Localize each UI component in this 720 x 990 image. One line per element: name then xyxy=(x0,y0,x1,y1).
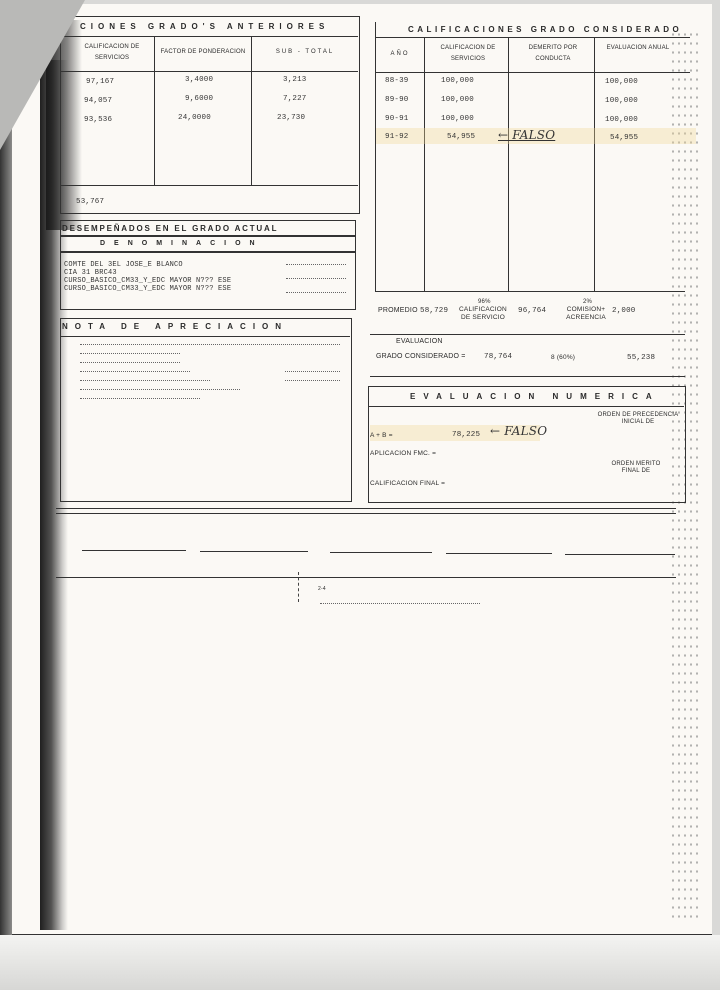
handwritten-falso-annotation: ← FALSO xyxy=(498,128,555,142)
list-item: COMTE DEL 3EL JOSE_E BLANCO xyxy=(64,261,183,269)
calificacion-final-label: CALIFICACION FINAL = xyxy=(370,480,445,487)
a-plus-b-label: A + B = xyxy=(370,432,393,439)
list-item: CURSO_BASICO_CM33_Y_EDC MAYOR N??? ESE xyxy=(64,277,231,285)
a-plus-b-value: 78,225 xyxy=(452,431,480,439)
appreciation-title: NOTA DE APRECIACION xyxy=(62,322,288,331)
promedio-value: 58,729 xyxy=(420,307,448,315)
grado-considerado-value: 78,764 xyxy=(484,353,512,361)
signature-line xyxy=(330,552,432,553)
aplicacion-fmc-label: APLICACION FMC. = xyxy=(370,450,436,457)
previous-grades-total: 53,767 xyxy=(76,198,104,206)
col-evaluacion-anual: EVALUACION ANUAL xyxy=(606,43,670,54)
page-fold-corner xyxy=(0,0,85,150)
calif-pct: 96% xyxy=(478,299,491,305)
signature-line xyxy=(82,550,186,551)
col-ano: AÑO xyxy=(376,49,424,60)
comision-label: COMISION+ ACREENCIA xyxy=(562,306,610,322)
col-calificacion: CALIFICACION DE SERVICIOS xyxy=(436,43,500,65)
positions-subtitle: DENOMINACION xyxy=(100,240,264,247)
previous-grades-title: CIONES GRADO'S ANTERIORES xyxy=(80,22,329,31)
calif-label: CALIFICACION DE SERVICIO xyxy=(455,306,511,322)
signature-line xyxy=(200,551,308,552)
orden-merito-label: ORDEN MERITO FINAL DE xyxy=(604,461,668,475)
factor-label: 8 (60%) xyxy=(551,354,575,361)
col-sub-total: SUB - TOTAL xyxy=(253,47,357,58)
evaluacion-label: EVALUACION xyxy=(396,338,443,345)
orden-precedencia-label: ORDEN DE PRECEDENCIA INICIAL DE xyxy=(594,412,682,426)
promedio-label: PROMEDIO xyxy=(378,307,418,314)
positions-title: DESEMPEÑADOS EN EL GRADO ACTUAL xyxy=(62,224,278,233)
list-item: CURSO_BASICO_CM33_Y_EDC MAYOR N??? ESE xyxy=(64,285,231,293)
list-item: CIA 31 BRC43 xyxy=(64,269,117,277)
scan-background xyxy=(0,935,720,990)
signature-line xyxy=(446,553,552,554)
grado-considerado-label: GRADO CONSIDERADO = xyxy=(376,353,466,360)
col-demerito: DEMERITO POR CONDUCTA xyxy=(520,43,586,65)
comision-pct: 2% xyxy=(583,299,592,305)
signature-line xyxy=(565,554,675,555)
numeric-eval-title: EVALUACION NUMERICA xyxy=(410,392,660,401)
page-mark: 2-4 xyxy=(318,586,326,592)
col-factor-ponderacion: FACTOR DE PONDERACION xyxy=(156,47,250,58)
handwritten-falso-annotation-2: ← FALSO xyxy=(490,424,547,438)
comision-value: 2,000 xyxy=(612,307,636,315)
calif-value: 96,764 xyxy=(518,307,546,315)
current-grade-title: CALIFICACIONES GRADO CONSIDERADO xyxy=(408,25,682,34)
grado-result: 55,238 xyxy=(627,354,655,362)
